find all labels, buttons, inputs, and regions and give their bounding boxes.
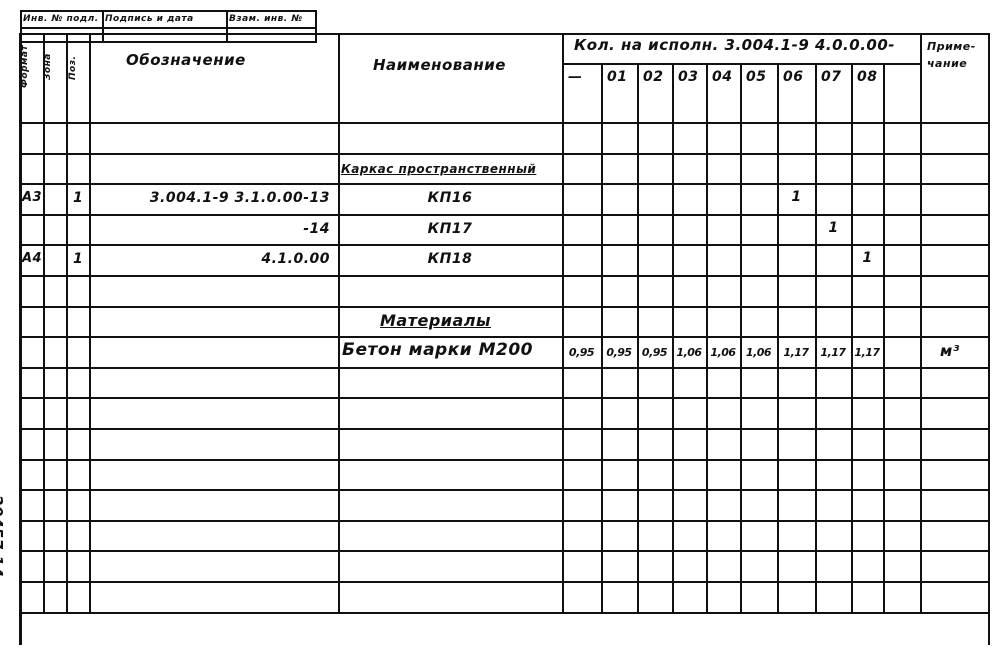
row-divider bbox=[20, 520, 988, 522]
variant-header-02: 02 bbox=[643, 70, 663, 84]
stamp-signature-date: Подпись и дата bbox=[104, 12, 228, 27]
row-divider bbox=[20, 489, 988, 491]
variant-header-04: 04 bbox=[712, 70, 732, 84]
qty-column-divider bbox=[851, 63, 853, 612]
qty-column-divider bbox=[920, 33, 922, 612]
row-divider bbox=[20, 275, 988, 277]
column-divider bbox=[43, 33, 45, 612]
cell-qty-4: 1,06 bbox=[707, 347, 739, 358]
section-title-materials: Материалы bbox=[380, 313, 491, 329]
header-qty-title: Кол. на исполн. 3.004.1-9 4.0.0.00- bbox=[574, 38, 895, 53]
cell-qty-1: 0,95 bbox=[602, 347, 636, 358]
cell-position: 1 bbox=[73, 191, 83, 205]
cell-name: КП17 bbox=[340, 222, 560, 236]
qty-column-divider bbox=[601, 63, 603, 612]
header-designation: Обозначение bbox=[126, 53, 246, 68]
cell-format: А3 bbox=[22, 191, 42, 204]
cell-qty-2: 0,95 bbox=[638, 347, 671, 358]
row-divider bbox=[20, 550, 988, 552]
qty-column-divider bbox=[740, 63, 742, 612]
header-zone: Зона bbox=[43, 53, 53, 80]
cell-qty-8: 1 bbox=[852, 251, 882, 265]
cell-qty-7: 1,17 bbox=[816, 347, 850, 358]
specification-sheet: Инв. № подл. Подпись и дата Взам. инв. №… bbox=[0, 0, 1000, 655]
column-divider bbox=[562, 33, 564, 612]
cell-name: КП16 bbox=[340, 191, 560, 205]
row-divider bbox=[20, 183, 988, 185]
row-divider bbox=[20, 306, 988, 308]
qty-column-divider bbox=[815, 63, 817, 612]
variant-header-07: 07 bbox=[821, 70, 841, 84]
row-divider bbox=[20, 336, 988, 338]
column-divider bbox=[66, 33, 68, 612]
cell-qty-7: 1 bbox=[816, 221, 850, 235]
cell-qty-8: 1,17 bbox=[852, 347, 882, 358]
column-divider bbox=[338, 33, 340, 612]
variant-header-03: 03 bbox=[678, 70, 698, 84]
cell-note: м³ bbox=[940, 344, 960, 359]
stamp-inv-no-value bbox=[22, 29, 104, 43]
qty-column-divider bbox=[672, 63, 674, 612]
table-right-border bbox=[988, 33, 990, 645]
row-divider bbox=[20, 244, 988, 246]
inventory-stamp: Инв. № подл. Подпись и дата Взам. инв. № bbox=[20, 10, 317, 43]
cell-qty-5: 1,06 bbox=[741, 347, 776, 358]
cell-qty-6: 1 bbox=[778, 190, 814, 204]
cell-qty-6: 1,17 bbox=[778, 347, 814, 358]
cell-position: 1 bbox=[73, 252, 83, 266]
variant-header-05: 05 bbox=[746, 70, 766, 84]
row-divider bbox=[20, 367, 988, 369]
table-top-border bbox=[20, 33, 988, 35]
cell-designation: 4.1.0.00 bbox=[89, 252, 330, 266]
cell-designation: 3.004.1-9 3.1.0.00-13 bbox=[89, 191, 330, 205]
row-divider bbox=[20, 581, 988, 583]
cell-name-material: Бетон марки М200 bbox=[342, 342, 533, 359]
header-note-line2: чание bbox=[927, 58, 967, 69]
table-left-border bbox=[19, 33, 22, 645]
cell-name: КП18 bbox=[340, 252, 560, 266]
variant-header-06: 06 bbox=[783, 70, 803, 84]
stamp-inv-no: Инв. № подл. bbox=[22, 12, 104, 27]
qty-column-divider bbox=[777, 63, 779, 612]
header-name: Наименование bbox=[373, 58, 506, 73]
header-pos: Поз. bbox=[68, 56, 78, 80]
row-divider bbox=[20, 612, 988, 614]
stamp-replace-inv-value bbox=[228, 29, 315, 43]
header-note-line1: Приме- bbox=[927, 41, 976, 52]
qty-column-divider bbox=[706, 63, 708, 612]
row-divider bbox=[20, 428, 988, 430]
cell-format: А4 bbox=[22, 252, 42, 265]
row-divider bbox=[20, 153, 988, 155]
stamp-signature-date-value bbox=[104, 29, 228, 43]
column-divider bbox=[89, 33, 91, 612]
variant-header-base: — bbox=[568, 70, 583, 84]
section-title-frame: Каркас пространственный bbox=[341, 163, 536, 175]
cell-designation: -14 bbox=[89, 222, 330, 236]
variant-header-08: 08 bbox=[857, 70, 877, 84]
qty-column-divider bbox=[637, 63, 639, 612]
cell-qty-3: 1,06 bbox=[673, 347, 705, 358]
cell-qty-0: 0,95 bbox=[563, 347, 600, 358]
header-format: Формат bbox=[20, 45, 30, 88]
row-divider bbox=[20, 214, 988, 216]
side-archive-number: 20457 14 bbox=[0, 495, 6, 577]
header-bottom-border bbox=[20, 122, 988, 124]
row-divider bbox=[20, 459, 988, 461]
variant-header-01: 01 bbox=[607, 70, 627, 84]
row-divider bbox=[20, 397, 988, 399]
stamp-replace-inv: Взам. инв. № bbox=[228, 12, 315, 27]
qty-column-divider bbox=[883, 63, 885, 612]
